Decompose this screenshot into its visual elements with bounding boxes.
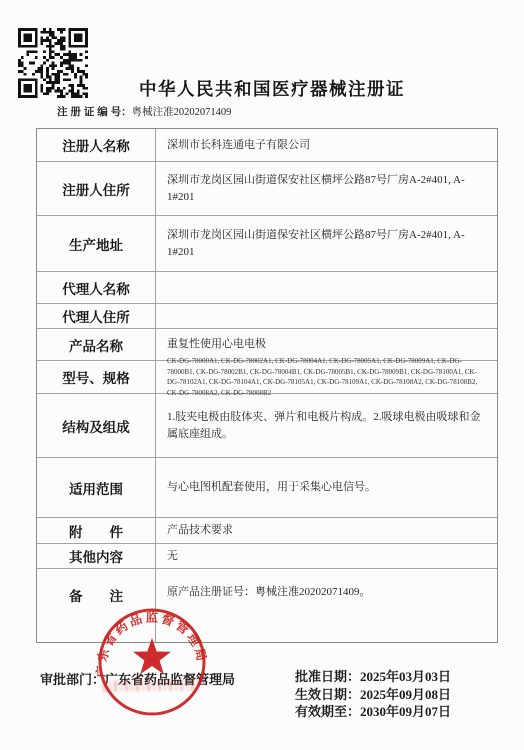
table-row-attachment: 附 件 产品技术要求 [37,518,497,544]
table-row-structure: 结构及组成 1.肢夹电极由肢体夹、弹片和电极片构成。2.吸球电极由吸球和金属底座… [37,394,497,458]
approval-date-label: 批准日期： [295,669,360,684]
registration-number-label: 注 册 证 编 号： [57,106,132,118]
table-row-registrant-address: 注册人住所 深圳市龙岗区园山街道保安社区横坪公路87号厂房A-2#401, A-… [37,162,497,216]
field-value: 深圳市龙岗区园山街道保安社区横坪公路87号厂房A-2#401, A-1#201 [156,162,497,215]
field-value: 原产品注册证号：粤械注准20202071409。 [156,569,497,642]
table-row-other-content: 其他内容 无 [37,544,497,569]
field-value: CK-DG-78000A1, CK-DG-78002A1, CK-DG-7800… [156,361,497,393]
expiry-date-label: 有效期至： [295,704,360,719]
registration-number-line: 注 册 证 编 号：粤械注准20202071409 [57,104,231,119]
field-label: 代理人名称 [37,272,156,303]
effective-date-line: 生效日期：2025年09月08日 [295,686,451,704]
field-value: 深圳市长科连通电子有限公司 [156,129,497,161]
field-label: 其他内容 [37,544,156,568]
field-value [156,304,497,328]
field-label: 生产地址 [37,216,156,271]
approval-department-label: 审批部门： [40,672,105,687]
field-label: 适用范围 [37,458,156,517]
field-value: 与心电图机配套使用，用于采集心电信号。 [156,458,497,517]
field-label: 型号、规格 [37,361,156,393]
field-label: 注册人名称 [37,129,156,161]
effective-date-label: 生效日期： [295,687,360,702]
field-value: 无 [156,544,497,568]
dates-block: 批准日期：2025年03月03日 生效日期：2025年09月08日 有效期至：2… [295,668,451,721]
expiry-date-line: 有效期至：2030年09月07日 [295,703,451,721]
approval-date-line: 批准日期：2025年03月03日 [295,668,451,686]
field-label: 产品名称 [37,329,156,360]
field-label: 代理人住所 [37,304,156,328]
field-label: 附 件 [37,518,156,543]
certificate-page: 中华人民共和国医疗器械注册证 注 册 证 编 号：粤械注准20202071409… [0,0,524,750]
certificate-title: 中华人民共和国医疗器械注册证 [40,76,504,101]
field-label: 注册人住所 [37,162,156,215]
table-row-agent-name: 代理人名称 [37,272,497,304]
table-row-production-address: 生产地址 深圳市龙岗区园山街道保安社区横坪公路87号厂房A-2#401, A-1… [37,216,497,272]
table-row-agent-address: 代理人住所 [37,304,497,329]
approval-date-value: 2025年03月03日 [360,669,451,684]
table-row-remark: 备 注 原产品注册证号：粤械注准20202071409。 [37,569,497,642]
field-label: 结构及组成 [37,394,156,457]
table-row-registrant-name: 注册人名称 深圳市长科连通电子有限公司 [37,129,497,162]
effective-date-value: 2025年09月08日 [360,687,451,702]
certificate-table: 注册人名称 深圳市长科连通电子有限公司 注册人住所 深圳市龙岗区园山街道保安社区… [36,128,498,643]
expiry-date-value: 2030年09月07日 [360,704,451,719]
field-value: 产品技术要求 [156,518,497,543]
field-label: 备 注 [37,569,156,642]
field-value [156,272,497,303]
table-row-intended-use: 适用范围 与心电图机配套使用，用于采集心电信号。 [37,458,497,518]
field-value: 深圳市龙岗区园山街道保安社区横坪公路87号厂房A-2#401, A-1#201 [156,216,497,271]
table-row-models: 型号、规格 CK-DG-78000A1, CK-DG-78002A1, CK-D… [37,361,497,394]
seal-security-marks [103,679,201,692]
registration-number-value: 粤械注准20202071409 [132,107,232,118]
field-value: 1.肢夹电极由肢体夹、弹片和电极片构成。2.吸球电极由吸球和金属底座组成。 [156,394,497,457]
